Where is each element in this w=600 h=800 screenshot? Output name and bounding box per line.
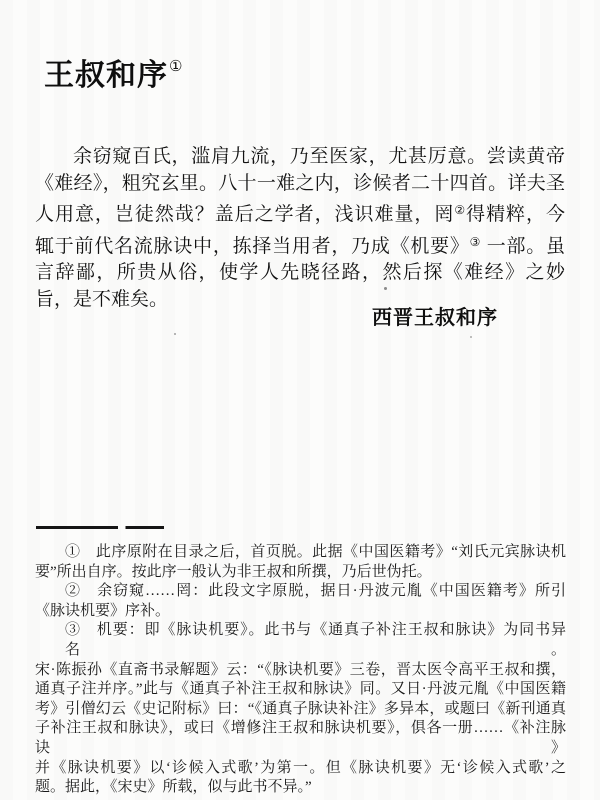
page-title-text: 王叔和序 bbox=[44, 59, 168, 92]
footnote-line: 题。据此，《宋史》所载，似与此书不异。” bbox=[35, 778, 566, 798]
body-line-3-text-after: 得精粹，今 bbox=[466, 204, 565, 225]
body-line-4-text-after: 一部。虽 bbox=[481, 236, 565, 257]
page-title: 王叔和序① bbox=[44, 50, 183, 94]
footnote-divider bbox=[36, 526, 164, 529]
scan-speck bbox=[470, 336, 472, 338]
scanned-book-page: 王叔和序① 余窃窥百氏，滥肩九流，乃至医家，尤甚厉意。尝读黄帝 《难经》，粗究玄… bbox=[0, 0, 600, 800]
body-line-1: 余窃窥百氏，滥肩九流，乃至医家，尤甚厉意。尝读黄帝 bbox=[35, 144, 565, 171]
author-signature: 西晋王叔和序 bbox=[372, 301, 498, 330]
footnote-line: 《脉诀机要》序补。 bbox=[35, 602, 566, 622]
footnote-line: 通真子注并序。”此与《通真子补注王叔和脉诀》同。又日·丹波元胤《中国医籍 bbox=[35, 680, 566, 700]
body-line-3-text: 人用意，岂徒然哉？盖后之学者，浅识难量，罔 bbox=[35, 204, 454, 225]
footnote-line: ③ 机要：即《脉诀机要》。此书与《通真子补注王叔和脉诀》为同书异名。 bbox=[35, 621, 566, 660]
footnote-line: ② 余窃窥……罔：此段文字原脱，据日·丹波元胤《中国医籍考》所引 bbox=[35, 582, 566, 602]
body-line-4: 辄于前代名流脉诀中，拣择当用者，乃成《机要》③ 一部。虽 bbox=[35, 229, 565, 261]
preface-body: 余窃窥百氏，滥肩九流，乃至医家，尤甚厉意。尝读黄帝 《难经》，粗究玄里。八十一难… bbox=[35, 144, 565, 313]
footnote-line: 宋·陈振孙《直斋书录解题》云：“《脉诀机要》三卷，晋太医令高平王叔和撰， bbox=[35, 661, 566, 681]
footnote-line: 考》引僧幻云《史记附标》曰：“《通真子脉诀补注》多异本，或题曰《新刊通真 bbox=[35, 700, 566, 720]
footnote-ref-2: ② bbox=[454, 203, 466, 217]
footnote-line: ① 此序原附在目录之后，首页脱。此据《中国医籍考》“刘氏元宾脉诀机 bbox=[35, 543, 566, 563]
scan-speck bbox=[174, 333, 176, 335]
body-line-5: 言辞鄙，所贵从俗，使学人先晓径路，然后探《难经》之妙 bbox=[35, 260, 565, 287]
body-line-3: 人用意，岂徒然哉？盖后之学者，浅识难量，罔②得精粹，今 bbox=[35, 197, 565, 229]
body-line-4-text: 辄于前代名流脉诀中，拣择当用者，乃成《机要》 bbox=[35, 236, 470, 257]
footnotes-block: ① 此序原附在目录之后，首页脱。此据《中国医籍考》“刘氏元宾脉诀机 要”所出自序… bbox=[35, 543, 566, 798]
title-footnote-ref: ① bbox=[169, 59, 183, 75]
footnote-line: 并《脉诀机要》以‘诊候入式歌’为第一。但《脉诀机要》无‘诊候入式歌’之 bbox=[35, 759, 566, 779]
footnote-ref-3: ③ bbox=[470, 235, 482, 249]
body-line-2: 《难经》，粗究玄里。八十一难之内，诊候者二十四首。详夫圣 bbox=[35, 171, 565, 198]
footnote-line: 要”所出自序。按此序一般认为非王叔和所撰，乃后世伪托。 bbox=[35, 563, 566, 583]
scan-speck bbox=[384, 287, 387, 290]
footnote-line: 子补注王叔和脉诀》，或曰《增修注王叔和脉诀机要》，俱各一册……《补注脉诀》 bbox=[35, 719, 566, 758]
